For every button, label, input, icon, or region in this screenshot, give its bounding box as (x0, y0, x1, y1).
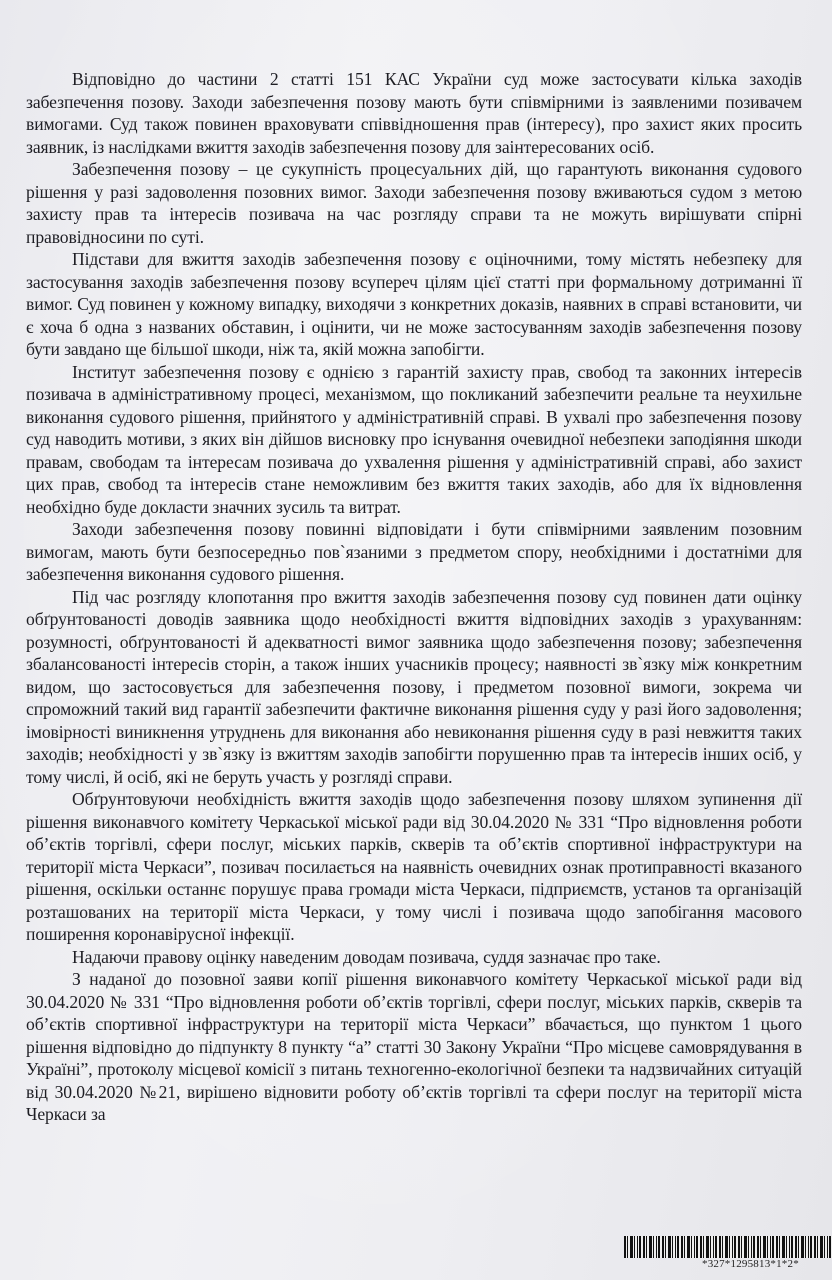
barcode-graphic (624, 1236, 832, 1258)
paragraph-measures-proportionality: Відповідно до частини 2 статті 151 КАС У… (26, 68, 802, 158)
barcode-block: *327*1295813*1*2* (620, 1232, 832, 1280)
document-body: Відповідно до частини 2 статті 151 КАС У… (26, 68, 802, 1126)
paragraph-grounds-evaluative: Підстави для вжиття заходів забезпечення… (26, 248, 802, 361)
paragraph-measures-correspond: Заходи забезпечення позову повинні відпо… (26, 518, 802, 586)
paragraph-definition-securing-claim: Забезпечення позову – це сукупність проц… (26, 158, 802, 248)
paragraph-institute-guarantee: Інститут забезпечення позову є однією з … (26, 361, 802, 519)
paragraph-decision-copy: З наданої до позовної заяви копії рішенн… (26, 968, 802, 1126)
page-top-mark (488, 0, 494, 4)
barcode-number: *327*1295813*1*2* (702, 1258, 799, 1270)
paragraph-legal-assessment: Надаючи правову оцінку наведеним доводам… (26, 946, 802, 969)
scanned-document-page: Відповідно до частини 2 статті 151 КАС У… (0, 0, 832, 1280)
paragraph-court-assessment: Під час розгляду клопотання про вжиття з… (26, 586, 802, 789)
paragraph-plaintiff-justification: Обґрунтовуючи необхідність вжиття заході… (26, 788, 802, 946)
